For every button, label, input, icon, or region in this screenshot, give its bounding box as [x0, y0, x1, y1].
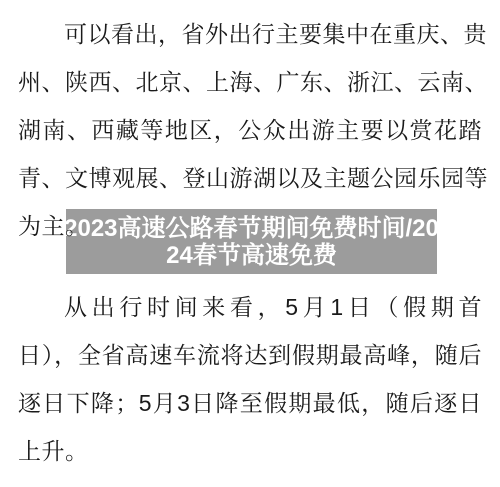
text-line: 州、陕西、北京、上海、广东、浙江、云南、 — [18, 58, 482, 106]
text-line: 逐日下降；5月3日降至假期最低，随后逐日 — [18, 379, 482, 427]
text-line: 从出行时间来看，5月1日（假期首 — [18, 283, 482, 331]
paragraph-travel-destinations: 可以看出，省外出行主要集中在重庆、贵 州、陕西、北京、上海、广东、浙江、云南、 … — [18, 10, 482, 250]
text-line: 为主。 — [18, 202, 482, 250]
text-line: 可以看出，省外出行主要集中在重庆、贵 — [18, 10, 482, 58]
paragraph-travel-time: 从出行时间来看，5月1日（假期首 日），全省高速车流将达到假期最高峰，随后 逐日… — [18, 283, 482, 475]
text-line: 湖南、西藏等地区，公众出游主要以赏花踏 — [18, 106, 482, 154]
text-line: 日），全省高速车流将达到假期最高峰，随后 — [18, 331, 482, 379]
article-body: 可以看出，省外出行主要集中在重庆、贵 州、陕西、北京、上海、广东、浙江、云南、 … — [0, 0, 500, 475]
text-line: 青、文博观展、登山游湖以及主题公园乐园等 — [18, 154, 482, 202]
text-line: 上升。 — [18, 427, 482, 475]
